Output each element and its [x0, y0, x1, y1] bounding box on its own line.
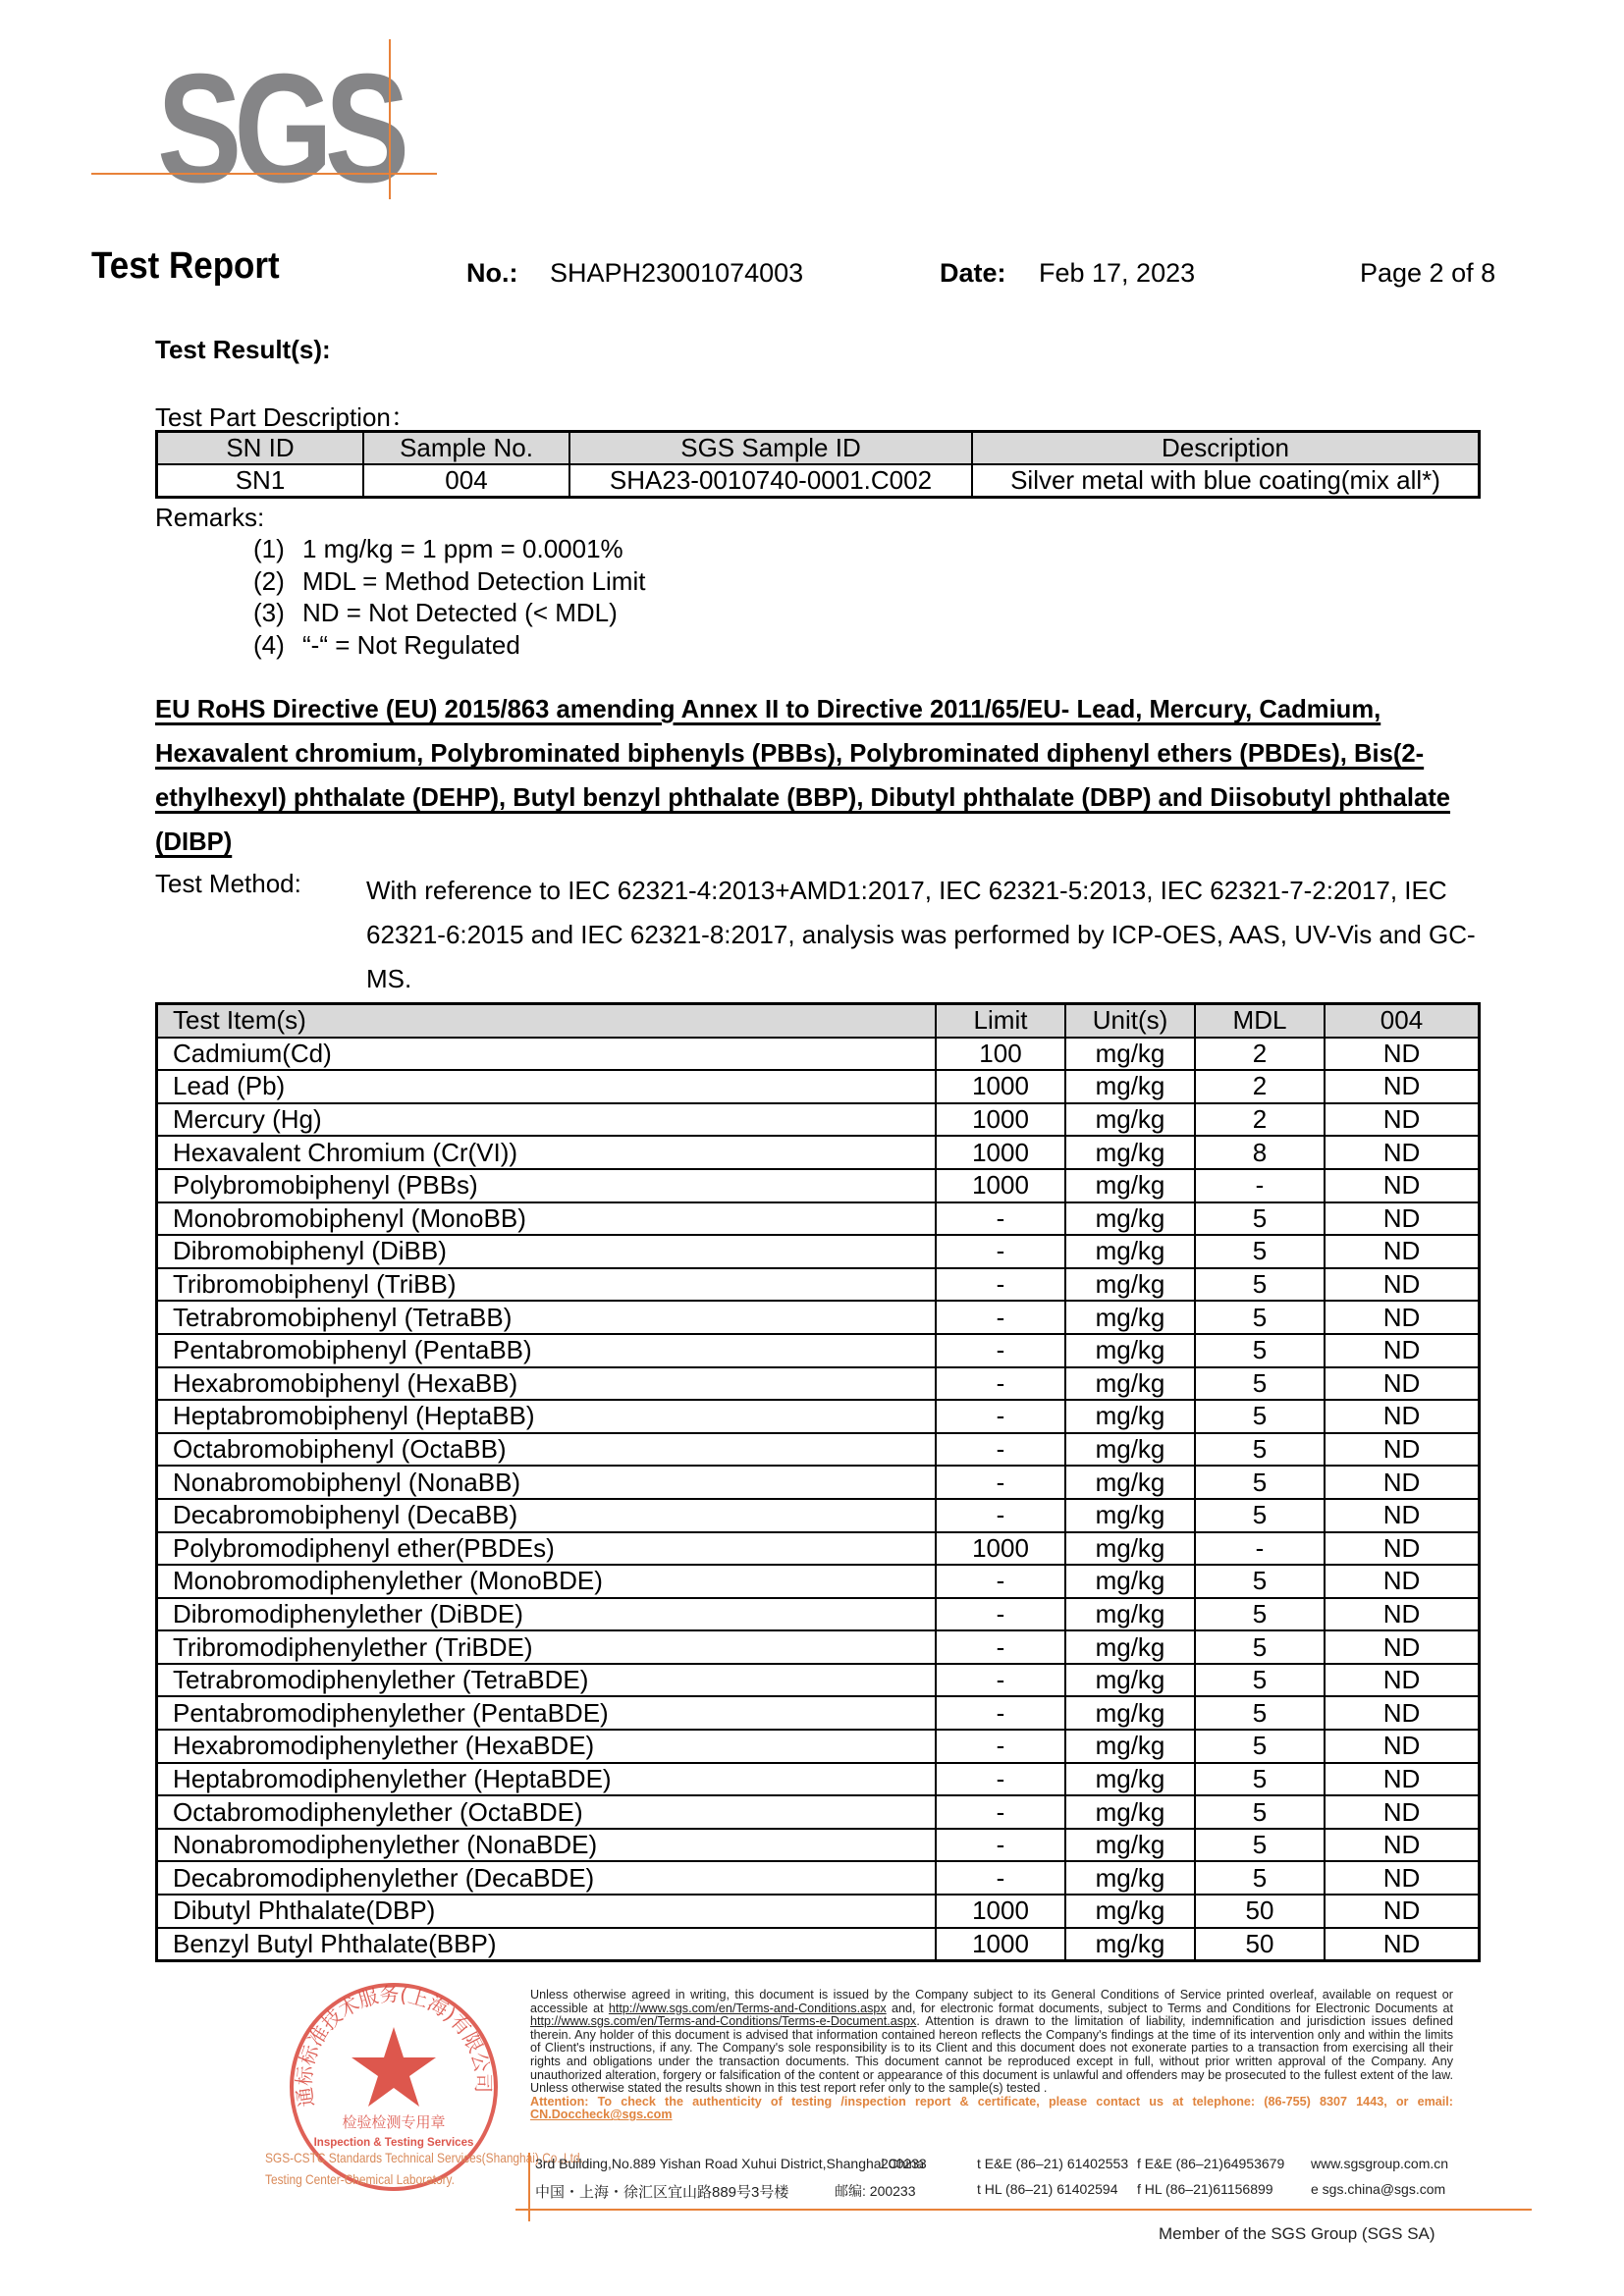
- table-cell: 5: [1195, 1367, 1325, 1401]
- authenticity-notice: Attention: To check the authenticity of …: [530, 2095, 1453, 2109]
- table-row: Polybromobiphenyl (PBBs)1000mg/kg-ND: [157, 1169, 1480, 1202]
- disclaimer-text: Unless otherwise agreed in writing, this…: [530, 1989, 1453, 2122]
- table-cell: -: [936, 1630, 1065, 1664]
- table-cell: 1000: [936, 1169, 1065, 1202]
- table-cell: mg/kg: [1065, 1235, 1195, 1268]
- table-row: Nonabromodiphenylether (NonaBDE)-mg/kg5N…: [157, 1829, 1480, 1862]
- website-link[interactable]: www.sgsgroup.com.cn: [1311, 2156, 1448, 2171]
- table-cell: mg/kg: [1065, 1895, 1195, 1928]
- table-cell: mg/kg: [1065, 1630, 1195, 1664]
- table-cell: -: [1195, 1169, 1325, 1202]
- table-cell: -: [936, 1268, 1065, 1302]
- email-link[interactable]: e sgs.china@sgs.com: [1311, 2181, 1445, 2197]
- table-row: Cadmium(Cd)100mg/kg2ND: [157, 1038, 1480, 1071]
- table-cell: 5: [1195, 1763, 1325, 1796]
- table-cell: -: [936, 1696, 1065, 1730]
- table-cell: 5: [1195, 1696, 1325, 1730]
- seal-center-en: Inspection & Testing Services: [314, 2137, 474, 2149]
- table-cell: mg/kg: [1065, 1664, 1195, 1697]
- lab-name-line2: Testing Center-Chemical Laboratory.: [265, 2171, 455, 2187]
- table-cell: 5: [1195, 1268, 1325, 1302]
- table-cell: mg/kg: [1065, 1070, 1195, 1103]
- table-cell: Octabromodiphenylether (OctaBDE): [157, 1795, 937, 1829]
- report-number: SHAPH23001074003: [550, 258, 803, 289]
- table-cell: Nonabromobiphenyl (NonaBB): [157, 1466, 937, 1499]
- table-cell: 50: [1195, 1928, 1325, 1961]
- table-cell: mg/kg: [1065, 1169, 1195, 1202]
- table-row: Tetrabromodiphenylether (TetraBDE)-mg/kg…: [157, 1664, 1480, 1697]
- logo-horizontal-rule: [91, 173, 437, 175]
- table-cell: -: [936, 1367, 1065, 1401]
- table-row: Hexavalent Chromium (Cr(VI))1000mg/kg8ND: [157, 1136, 1480, 1169]
- part-table-header: Sample No.: [363, 432, 569, 465]
- report-number-label: No.:: [466, 258, 517, 289]
- table-cell: 1000: [936, 1136, 1065, 1169]
- table-cell: Hexavalent Chromium (Cr(VI)): [157, 1136, 937, 1169]
- part-table-cell: 004: [363, 464, 569, 498]
- part-table-row: SN1004SHA23-0010740-0001.C002Silver meta…: [157, 464, 1480, 498]
- table-cell: Monobromobiphenyl (MonoBB): [157, 1202, 937, 1236]
- table-cell: mg/kg: [1065, 1202, 1195, 1236]
- table-row: Tribromobiphenyl (TriBB)-mg/kg5ND: [157, 1268, 1480, 1302]
- table-cell: ND: [1325, 1301, 1480, 1334]
- table-row: Dibromobiphenyl (DiBB)-mg/kg5ND: [157, 1235, 1480, 1268]
- table-cell: ND: [1325, 1730, 1480, 1763]
- table-cell: 5: [1195, 1829, 1325, 1862]
- table-cell: Benzyl Butyl Phthalate(BBP): [157, 1928, 937, 1961]
- table-cell: Hexabromobiphenyl (HexaBB): [157, 1367, 937, 1401]
- part-table-cell: SHA23-0010740-0001.C002: [569, 464, 972, 498]
- results-table-header: 004: [1325, 1004, 1480, 1038]
- table-cell: mg/kg: [1065, 1598, 1195, 1631]
- table-cell: -: [936, 1795, 1065, 1829]
- table-row: Monobromobiphenyl (MonoBB)-mg/kg5ND: [157, 1202, 1480, 1236]
- part-table-header: Description: [972, 432, 1480, 465]
- table-cell: 5: [1195, 1433, 1325, 1467]
- table-cell: mg/kg: [1065, 1928, 1195, 1961]
- table-row: Pentabromobiphenyl (PentaBB)-mg/kg5ND: [157, 1334, 1480, 1367]
- table-cell: 2: [1195, 1038, 1325, 1071]
- table-cell: ND: [1325, 1433, 1480, 1467]
- table-cell: Tetrabromobiphenyl (TetraBB): [157, 1301, 937, 1334]
- table-row: Dibromodiphenylether (DiBDE)-mg/kg5ND: [157, 1598, 1480, 1631]
- remarks-list: (1)1 mg/kg = 1 ppm = 0.0001%(2)MDL = Met…: [253, 533, 645, 661]
- table-cell: ND: [1325, 1367, 1480, 1401]
- table-cell: ND: [1325, 1103, 1480, 1137]
- table-cell: -: [936, 1829, 1065, 1862]
- table-cell: mg/kg: [1065, 1268, 1195, 1302]
- table-cell: mg/kg: [1065, 1499, 1195, 1532]
- table-cell: ND: [1325, 1499, 1480, 1532]
- part-table-cell: SN1: [157, 464, 364, 498]
- table-cell: Dibutyl Phthalate(DBP): [157, 1895, 937, 1928]
- results-table-header: Limit: [936, 1004, 1065, 1038]
- remark-item: (3)ND = Not Detected (< MDL): [253, 597, 645, 629]
- fax-hl: f HL (86–21)61156899: [1137, 2181, 1273, 2197]
- table-cell: Cadmium(Cd): [157, 1038, 937, 1071]
- results-table-header: MDL: [1195, 1004, 1325, 1038]
- table-row: Dibutyl Phthalate(DBP)1000mg/kg50ND: [157, 1895, 1480, 1928]
- table-row: Lead (Pb)1000mg/kg2ND: [157, 1070, 1480, 1103]
- table-row: Octabromodiphenylether (OctaBDE)-mg/kg5N…: [157, 1795, 1480, 1829]
- table-cell: 5: [1195, 1499, 1325, 1532]
- table-cell: ND: [1325, 1202, 1480, 1236]
- table-cell: mg/kg: [1065, 1763, 1195, 1796]
- table-row: Tetrabromobiphenyl (TetraBB)-mg/kg5ND: [157, 1301, 1480, 1334]
- table-cell: 1000: [936, 1070, 1065, 1103]
- table-cell: Dibromobiphenyl (DiBB): [157, 1235, 937, 1268]
- table-cell: ND: [1325, 1400, 1480, 1433]
- remark-item: (1)1 mg/kg = 1 ppm = 0.0001%: [253, 533, 645, 565]
- table-cell: Tetrabromodiphenylether (TetraBDE): [157, 1664, 937, 1697]
- table-cell: 5: [1195, 1466, 1325, 1499]
- part-table-header: SN ID: [157, 432, 364, 465]
- table-cell: mg/kg: [1065, 1367, 1195, 1401]
- postcode-en: 200233: [881, 2156, 927, 2171]
- table-row: Decabromodiphenylether (DecaBDE)-mg/kg5N…: [157, 1861, 1480, 1895]
- table-cell: 5: [1195, 1861, 1325, 1895]
- table-cell: ND: [1325, 1038, 1480, 1071]
- table-cell: Heptabromodiphenylether (HeptaBDE): [157, 1763, 937, 1796]
- table-cell: mg/kg: [1065, 1696, 1195, 1730]
- table-cell: mg/kg: [1065, 1795, 1195, 1829]
- table-cell: ND: [1325, 1664, 1480, 1697]
- table-cell: 5: [1195, 1301, 1325, 1334]
- table-cell: -: [1195, 1532, 1325, 1566]
- table-cell: 1000: [936, 1103, 1065, 1137]
- table-cell: 5: [1195, 1202, 1325, 1236]
- table-cell: mg/kg: [1065, 1334, 1195, 1367]
- table-row: Polybromodiphenyl ether(PBDEs)1000mg/kg-…: [157, 1532, 1480, 1566]
- table-cell: ND: [1325, 1235, 1480, 1268]
- table-row: Heptabromobiphenyl (HeptaBB)-mg/kg5ND: [157, 1400, 1480, 1433]
- table-cell: 5: [1195, 1730, 1325, 1763]
- table-cell: -: [936, 1466, 1065, 1499]
- table-cell: Decabromobiphenyl (DecaBB): [157, 1499, 937, 1532]
- part-table-cell: Silver metal with blue coating(mix all*): [972, 464, 1480, 498]
- table-cell: 5: [1195, 1400, 1325, 1433]
- results-table-header: Unit(s): [1065, 1004, 1195, 1038]
- table-cell: 5: [1195, 1235, 1325, 1268]
- disclaimer-part2: and, for electronic format documents, su…: [887, 2002, 1453, 2015]
- table-cell: -: [936, 1400, 1065, 1433]
- table-cell: -: [936, 1565, 1065, 1598]
- table-cell: -: [936, 1664, 1065, 1697]
- directive-heading: EU RoHS Directive (EU) 2015/863 amending…: [155, 687, 1461, 864]
- table-cell: Hexabromodiphenylether (HexaBDE): [157, 1730, 937, 1763]
- table-cell: mg/kg: [1065, 1103, 1195, 1137]
- remarks-label: Remarks:: [155, 503, 264, 533]
- table-cell: mg/kg: [1065, 1466, 1195, 1499]
- address-cn: 中国・上海・徐汇区宜山路889号3号楼: [535, 2181, 788, 2202]
- fax-ee: f E&E (86–21)64953679: [1137, 2156, 1284, 2171]
- table-row: Mercury (Hg)1000mg/kg2ND: [157, 1103, 1480, 1137]
- terms-conditions-link[interactable]: http://www.sgs.com/en/Terms-and-Conditio…: [609, 2002, 887, 2015]
- results-table-header: Test Item(s): [157, 1004, 937, 1038]
- table-cell: 5: [1195, 1795, 1325, 1829]
- table-row: Octabromobiphenyl (OctaBB)-mg/kg5ND: [157, 1433, 1480, 1467]
- table-row: Nonabromobiphenyl (NonaBB)-mg/kg5ND: [157, 1466, 1480, 1499]
- table-cell: 100: [936, 1038, 1065, 1071]
- table-cell: -: [936, 1499, 1065, 1532]
- table-cell: mg/kg: [1065, 1730, 1195, 1763]
- table-cell: 5: [1195, 1334, 1325, 1367]
- table-cell: ND: [1325, 1070, 1480, 1103]
- table-cell: ND: [1325, 1169, 1480, 1202]
- table-row: Monobromodiphenylether (MonoBDE)-mg/kg5N…: [157, 1565, 1480, 1598]
- table-cell: Pentabromobiphenyl (PentaBB): [157, 1334, 937, 1367]
- table-cell: -: [936, 1730, 1065, 1763]
- report-date-label: Date:: [940, 258, 1006, 289]
- table-row: Benzyl Butyl Phthalate(BBP)1000mg/kg50ND: [157, 1928, 1480, 1961]
- table-cell: 1000: [936, 1928, 1065, 1961]
- table-row: Hexabromodiphenylether (HexaBDE)-mg/kg5N…: [157, 1730, 1480, 1763]
- table-cell: Dibromodiphenylether (DiBDE): [157, 1598, 937, 1631]
- table-cell: Tribromodiphenylether (TriBDE): [157, 1630, 937, 1664]
- seal-center-cn: 检验检测专用章: [342, 2113, 445, 2131]
- table-cell: Polybromodiphenyl ether(PBDEs): [157, 1532, 937, 1566]
- table-cell: -: [936, 1334, 1065, 1367]
- table-cell: -: [936, 1301, 1065, 1334]
- table-cell: mg/kg: [1065, 1433, 1195, 1467]
- table-cell: ND: [1325, 1565, 1480, 1598]
- table-cell: 5: [1195, 1630, 1325, 1664]
- part-table-header: SGS Sample ID: [569, 432, 972, 465]
- table-cell: ND: [1325, 1466, 1480, 1499]
- table-row: Decabromobiphenyl (DecaBB)-mg/kg5ND: [157, 1499, 1480, 1532]
- sgs-logo: SGS: [157, 51, 402, 206]
- table-cell: ND: [1325, 1829, 1480, 1862]
- table-cell: 2: [1195, 1070, 1325, 1103]
- tel-ee: t E&E (86–21) 61402553: [977, 2156, 1128, 2171]
- table-cell: Polybromobiphenyl (PBBs): [157, 1169, 937, 1202]
- table-cell: mg/kg: [1065, 1038, 1195, 1071]
- table-cell: 5: [1195, 1664, 1325, 1697]
- table-cell: 5: [1195, 1565, 1325, 1598]
- footer-horizontal-rule: [515, 2209, 1532, 2211]
- table-cell: Tribromobiphenyl (TriBB): [157, 1268, 937, 1302]
- logo-vertical-rule: [389, 39, 391, 199]
- table-cell: ND: [1325, 1334, 1480, 1367]
- table-row: Tribromodiphenylether (TriBDE)-mg/kg5ND: [157, 1630, 1480, 1664]
- page-indicator: Page 2 of 8: [1360, 258, 1495, 289]
- table-cell: Nonabromodiphenylether (NonaBDE): [157, 1829, 937, 1862]
- table-row: Hexabromobiphenyl (HexaBB)-mg/kg5ND: [157, 1367, 1480, 1401]
- table-cell: mg/kg: [1065, 1565, 1195, 1598]
- table-cell: 2: [1195, 1103, 1325, 1137]
- table-cell: mg/kg: [1065, 1532, 1195, 1566]
- table-cell: mg/kg: [1065, 1136, 1195, 1169]
- table-cell: ND: [1325, 1696, 1480, 1730]
- table-cell: ND: [1325, 1532, 1480, 1566]
- table-cell: ND: [1325, 1795, 1480, 1829]
- table-cell: Octabromobiphenyl (OctaBB): [157, 1433, 937, 1467]
- table-cell: -: [936, 1202, 1065, 1236]
- table-cell: ND: [1325, 1630, 1480, 1664]
- doccheck-email-link[interactable]: CN.Doccheck@sgs.com: [530, 2108, 673, 2121]
- table-cell: 50: [1195, 1895, 1325, 1928]
- report-title: Test Report: [91, 245, 280, 288]
- terms-e-document-link[interactable]: http://www.sgs.com/en/Terms-and-Conditio…: [530, 2014, 916, 2028]
- table-cell: 8: [1195, 1136, 1325, 1169]
- table-cell: mg/kg: [1065, 1301, 1195, 1334]
- postcode-cn: 邮编: 200233: [835, 2181, 916, 2201]
- report-date: Feb 17, 2023: [1039, 258, 1195, 289]
- table-cell: ND: [1325, 1268, 1480, 1302]
- table-cell: Monobromodiphenylether (MonoBDE): [157, 1565, 937, 1598]
- table-cell: Heptabromobiphenyl (HeptaBB): [157, 1400, 937, 1433]
- table-cell: ND: [1325, 1861, 1480, 1895]
- test-part-table: SN IDSample No.SGS Sample IDDescription …: [155, 430, 1481, 499]
- table-cell: mg/kg: [1065, 1829, 1195, 1862]
- table-cell: ND: [1325, 1136, 1480, 1169]
- table-row: Heptabromodiphenylether (HeptaBDE)-mg/kg…: [157, 1763, 1480, 1796]
- table-cell: 5: [1195, 1598, 1325, 1631]
- table-cell: -: [936, 1763, 1065, 1796]
- table-row: Pentabromodiphenylether (PentaBDE)-mg/kg…: [157, 1696, 1480, 1730]
- test-method-label: Test Method:: [155, 869, 301, 899]
- table-cell: Lead (Pb): [157, 1070, 937, 1103]
- table-cell: mg/kg: [1065, 1861, 1195, 1895]
- table-cell: Decabromodiphenylether (DecaBDE): [157, 1861, 937, 1895]
- table-cell: Pentabromodiphenylether (PentaBDE): [157, 1696, 937, 1730]
- table-cell: Mercury (Hg): [157, 1103, 937, 1137]
- table-cell: ND: [1325, 1598, 1480, 1631]
- results-table: Test Item(s)LimitUnit(s)MDL004 Cadmium(C…: [155, 1002, 1481, 1962]
- tel-hl: t HL (86–21) 61402594: [977, 2181, 1117, 2197]
- table-cell: 1000: [936, 1532, 1065, 1566]
- test-results-heading: Test Result(s):: [155, 335, 331, 365]
- table-cell: ND: [1325, 1895, 1480, 1928]
- footer-vertical-rule: [528, 2153, 530, 2221]
- table-cell: -: [936, 1861, 1065, 1895]
- table-cell: mg/kg: [1065, 1400, 1195, 1433]
- remark-item: (4)“-“ = Not Regulated: [253, 629, 645, 662]
- table-cell: 1000: [936, 1895, 1065, 1928]
- table-cell: -: [936, 1235, 1065, 1268]
- address-en: 3rd Building,No.889 Yishan Road Xuhui Di…: [535, 2156, 924, 2171]
- test-part-description-label: Test Part Description：: [155, 398, 416, 434]
- table-cell: ND: [1325, 1763, 1480, 1796]
- table-cell: ND: [1325, 1928, 1480, 1961]
- table-cell: -: [936, 1598, 1065, 1631]
- sgs-group-member-note: Member of the SGS Group (SGS SA): [1159, 2224, 1435, 2244]
- test-method-text: With reference to IEC 62321-4:2013+AMD1:…: [366, 869, 1486, 1001]
- table-cell: -: [936, 1433, 1065, 1467]
- remark-item: (2)MDL = Method Detection Limit: [253, 565, 645, 598]
